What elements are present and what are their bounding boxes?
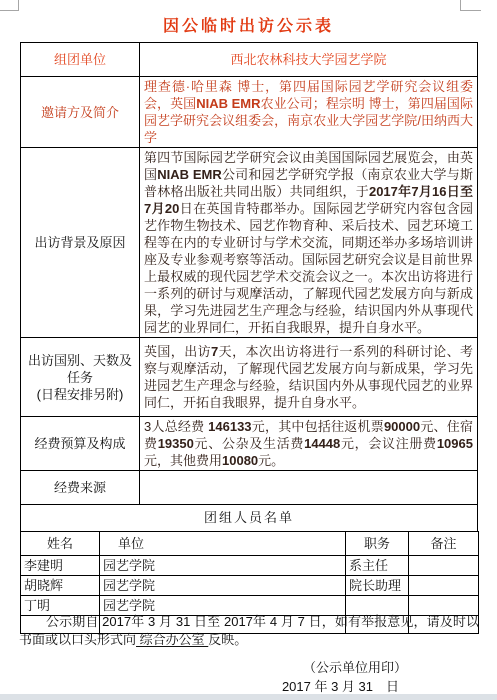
- inviting-party-content: 理查德·哈里森 博士，第四届国际园艺学研究会议组委会，英国NIAB EMR农业公…: [140, 77, 478, 148]
- seal-note: （公示单位用印）: [19, 659, 479, 677]
- visit-country-days-label-text: 出访国别、天数及任务: [23, 352, 137, 386]
- personnel-position: 系主任: [346, 556, 409, 576]
- bottom-window-strip: [0, 694, 497, 700]
- page-margin-mark-top-right: [460, 0, 481, 11]
- row-funding-source: 经费来源: [21, 471, 478, 505]
- personnel-name: 胡晓辉: [21, 576, 100, 596]
- visit-country-days-label-note: (日程安排另附): [23, 386, 137, 403]
- personnel-section-title: 团组人员名单: [20, 505, 478, 531]
- personnel-unit: 园艺学院: [100, 556, 346, 576]
- personnel-header-row: 姓名 单位 职务 备注: [21, 532, 479, 556]
- personnel-header-unit: 单位: [100, 532, 346, 556]
- notice-form: 组团单位 西北农林科技大学园艺学院 邀请方及简介 理查德·哈里森 博士，第四届国…: [20, 42, 478, 634]
- personnel-name: 李建明: [21, 556, 100, 576]
- personnel-header-remarks: 备注: [409, 532, 479, 556]
- row-group-unit: 组团单位 西北农林科技大学园艺学院: [21, 43, 478, 77]
- document-page: { "title": "因公临时出访公示表", "colors": { "tit…: [0, 0, 497, 700]
- group-unit-label: 组团单位: [21, 43, 140, 77]
- personnel-remarks: [409, 576, 479, 596]
- row-visit-country-days: 出访国别、天数及任务 (日程安排另附) 英国，出访7天，本次出访将进行一系列的科…: [21, 338, 478, 417]
- page-margin-mark-top-left: [0, 0, 19, 11]
- visit-background-content: 第四节国际园艺学研究会议由美国国际园艺展览会，由英国NIAB EMR公司和园艺学…: [140, 148, 478, 338]
- personnel-row: 胡晓辉 园艺学院 院长助理: [21, 576, 479, 596]
- budget-label: 经费预算及构成: [21, 417, 140, 471]
- group-unit-value: 西北农林科技大学园艺学院: [140, 43, 478, 77]
- notice-office-underlined: 综合办公室: [136, 632, 208, 647]
- visit-country-days-content: 英国，出访7天，本次出访将进行一系列的科研讨论、考察与观摩活动，了解现代园艺发展…: [140, 338, 478, 417]
- row-visit-background: 出访背景及原因 第四节国际园艺学研究会议由美国国际园艺展览会，由英国NIAB E…: [21, 148, 478, 338]
- row-budget: 经费预算及构成 3人总经费 146133元，其中包括往返机票90000元、住宿费…: [21, 417, 478, 471]
- personnel-unit: 园艺学院: [100, 576, 346, 596]
- page-title: 因公临时出访公示表: [0, 13, 497, 36]
- row-inviting-party: 邀请方及简介 理查德·哈里森 博士，第四届国际园艺学研究会议组委会，英国NIAB…: [21, 77, 478, 148]
- budget-content: 3人总经费 146133元，其中包括往返机票90000元、住宿费19350元、公…: [140, 417, 478, 471]
- notice-form-table: 组团单位 西北农林科技大学园艺学院 邀请方及简介 理查德·哈里森 博士，第四届国…: [20, 42, 478, 505]
- visit-background-label: 出访背景及原因: [21, 148, 140, 338]
- personnel-header-name: 姓名: [21, 532, 100, 556]
- personnel-header-position: 职务: [346, 532, 409, 556]
- funding-source-value: [140, 471, 478, 505]
- personnel-row: 李建明 园艺学院 系主任: [21, 556, 479, 576]
- notice-suffix: 反映。: [208, 632, 247, 647]
- publicity-notice: 公示期自 2017年 3 月 31 日至 2017年 4 月 7 日，如有举报意…: [19, 613, 479, 649]
- visit-country-days-label: 出访国别、天数及任务 (日程安排另附): [21, 338, 140, 417]
- funding-source-label: 经费来源: [21, 471, 140, 505]
- inviting-party-label: 邀请方及简介: [21, 77, 140, 148]
- personnel-remarks: [409, 556, 479, 576]
- footer: 公示期自 2017年 3 月 31 日至 2017年 4 月 7 日，如有举报意…: [19, 613, 479, 696]
- personnel-position: 院长助理: [346, 576, 409, 596]
- notice-prefix: 公示期自 2017年 3 月 31 日至 2017年 4 月 7 日，如有举报意…: [19, 614, 479, 647]
